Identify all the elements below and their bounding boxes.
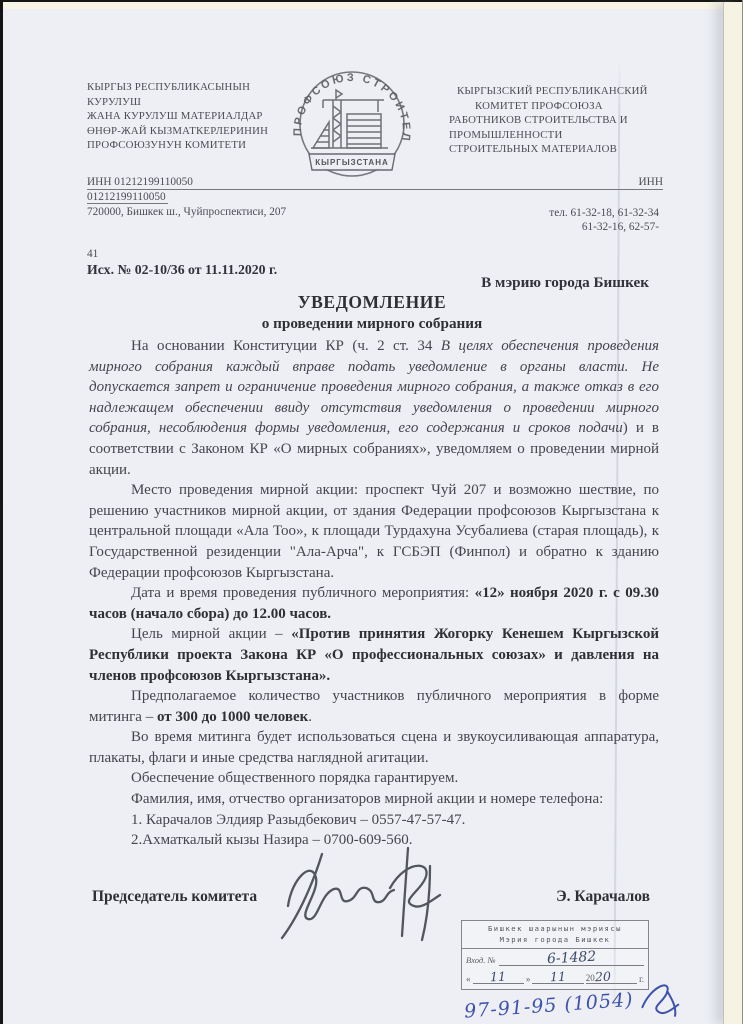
inn-label-right: ИНН	[639, 176, 663, 188]
signature-row: Председатель комитета Э. Карачалов	[92, 888, 650, 906]
requisites-block: ИНН 01212199110050 ИНН 01212199110050 72…	[87, 176, 663, 278]
stamp-entry-row: Вход. № 6-1482	[466, 952, 644, 966]
crane-and-buildings-icon	[311, 90, 388, 148]
phone-line: 61-32-16, 62-57-	[582, 221, 659, 233]
scan-edge-left	[0, 0, 3, 563]
signer-name: Э. Карачалов	[556, 888, 650, 906]
registration-stamp: Бишкек шаарынын мэриясы Мэрия города Биш…	[461, 920, 649, 990]
document-title: УВЕДОМЛЕНИЕ	[87, 292, 657, 313]
organizer-item: 1. Карачалов Элдияр Разыдбекович – 0557-…	[89, 810, 659, 831]
letterhead-line: ӨНӨР-ЖАЙ КЫЗМАТКЕРЛЕРИНИН	[87, 124, 305, 139]
stamp-divider	[462, 948, 648, 949]
handwritten-flourish	[636, 976, 683, 1019]
text-run-bold: от 300 до 1000 человек	[157, 709, 308, 725]
paragraph-participants: Предполагаемое количество участников пуб…	[89, 686, 659, 727]
paragraph-location: Место проведения мирной акции: проспект …	[89, 480, 659, 583]
stamp-month-line: 11	[532, 971, 583, 984]
handwritten-signature	[262, 840, 482, 944]
paragraph-organizers-intro: Фамилия, имя, отчество организаторов мир…	[89, 789, 659, 810]
svg-text:ПРОФСОЮЗ СТРОИТЕЛЕЙ: ПРОФСОЮЗ СТРОИТЕЛЕЙ	[287, 60, 412, 144]
quote-close: »	[526, 974, 531, 984]
logo-banner-text: КЫРГЫЗСТАНА	[315, 158, 389, 167]
text-run: На основании Конституции КР (ч. 2 ст. 34	[131, 338, 441, 354]
text-run: Дата и время проведения публичного мероп…	[131, 585, 475, 601]
postal-address: 720000, Бишкек ш., Чуйпроспектиси, 207	[87, 206, 286, 234]
handwritten-note-text: 97-91-95 (1054)	[463, 989, 634, 1023]
addressee: В мэрию города Бишкек	[481, 274, 649, 292]
scanned-document-page: КЫРГЫЗ РЕСПУБЛИКАСЫНЫН КУРУЛУШ ЖАНА КУРУ…	[0, 0, 743, 1024]
phone-numbers: тел. 61-32-18, 61-32-34 61-32-16, 62-57-	[549, 206, 663, 234]
letterhead-kyrgyz: КЫРГЫЗ РЕСПУБЛИКАСЫНЫН КУРУЛУШ ЖАНА КУРУ…	[87, 80, 305, 153]
letterhead-russian: КЫРГЫЗСКИЙ РЕСПУБЛИКАНСКИЙ КОМИТЕТ ПРОФС…	[449, 84, 677, 157]
letterhead-line: КУРУЛУШ	[87, 95, 305, 110]
scan-edge-top	[3, 2, 743, 9]
letterhead-line: РАБОТНИКОВ СТРОИТЕЛЬСТВА И	[449, 113, 677, 128]
letterhead-line: ПРОФСОЮЗУНУН КОМИТЕТИ	[87, 138, 305, 153]
signer-position: Председатель комитета	[92, 888, 257, 906]
paragraph-equipment: Во время митинга будет использоваться сц…	[89, 727, 659, 768]
handwritten-month: 11	[550, 971, 566, 983]
document-subtitle: о проведении мирного собрания	[87, 315, 657, 333]
stamp-entry-line: 6-1482	[499, 952, 644, 966]
text-run: Цель мирной акции –	[131, 626, 291, 642]
inn-row: ИНН 01212199110050 ИНН	[87, 176, 663, 190]
stamp-entry-label: Вход. №	[466, 955, 496, 966]
scan-edge-right	[723, 2, 743, 1024]
handwritten-day: 11	[490, 971, 506, 983]
phone-line: тел. 61-32-18, 61-32-34	[549, 207, 659, 219]
stamp-org-kyrgyz: Бишкек шаарынын мэриясы	[466, 924, 644, 935]
paragraph-legal-basis: На основании Конституции КР (ч. 2 ст. 34…	[89, 336, 659, 480]
paragraph-order: Обеспечение общественного порядка гарант…	[89, 768, 659, 789]
letterhead-line: КЫРГЫЗ РЕСПУБЛИКАСЫНЫН	[87, 80, 305, 95]
phone-carryover: 41	[87, 248, 663, 260]
handwritten-entry-number: 6-1482	[546, 951, 596, 967]
address-phone-row: 720000, Бишкек ш., Чуйпроспектиси, 207 т…	[87, 206, 663, 234]
document-body: На основании Конституции КР (ч. 2 ст. 34…	[89, 336, 659, 851]
stamp-org-russian: Мэрия города Бишкек	[466, 935, 644, 946]
inn-number: 01212199110050	[87, 190, 168, 204]
letterhead-line: СТРОИТЕЛЬНЫХ МАТЕРИАЛОВ	[449, 142, 677, 157]
paragraph-date-time: Дата и время проведения публичного мероп…	[89, 583, 659, 624]
text-run: .	[308, 709, 312, 725]
inn-number-row: 01212199110050	[87, 190, 663, 204]
letterhead-line: ПРОМЫШЛЕННОСТИ	[449, 128, 677, 143]
inn-value: ИНН 01212199110050	[87, 176, 193, 188]
quote-open: «	[466, 974, 471, 984]
letterhead-line: КОМИТЕТ ПРОФСОЮЗА	[449, 99, 677, 114]
paragraph-purpose: Цель мирной акции – «Против принятия Жог…	[89, 624, 659, 686]
logo-arc-text: ПРОФСОЮЗ СТРОИТЕЛЕЙ	[287, 60, 412, 144]
stamp-day-line: 11	[473, 971, 524, 984]
union-stamp-logo: ПРОФСОЮЗ СТРОИТЕЛЕЙ КЫРГЫЗСТАНА	[287, 60, 417, 192]
letterhead-line: ЖАНА КУРУЛУШ МАТЕРИАЛДАР	[87, 109, 305, 124]
letterhead-line: КЫРГЫЗСКИЙ РЕСПУБЛИКАНСКИЙ	[449, 84, 677, 99]
